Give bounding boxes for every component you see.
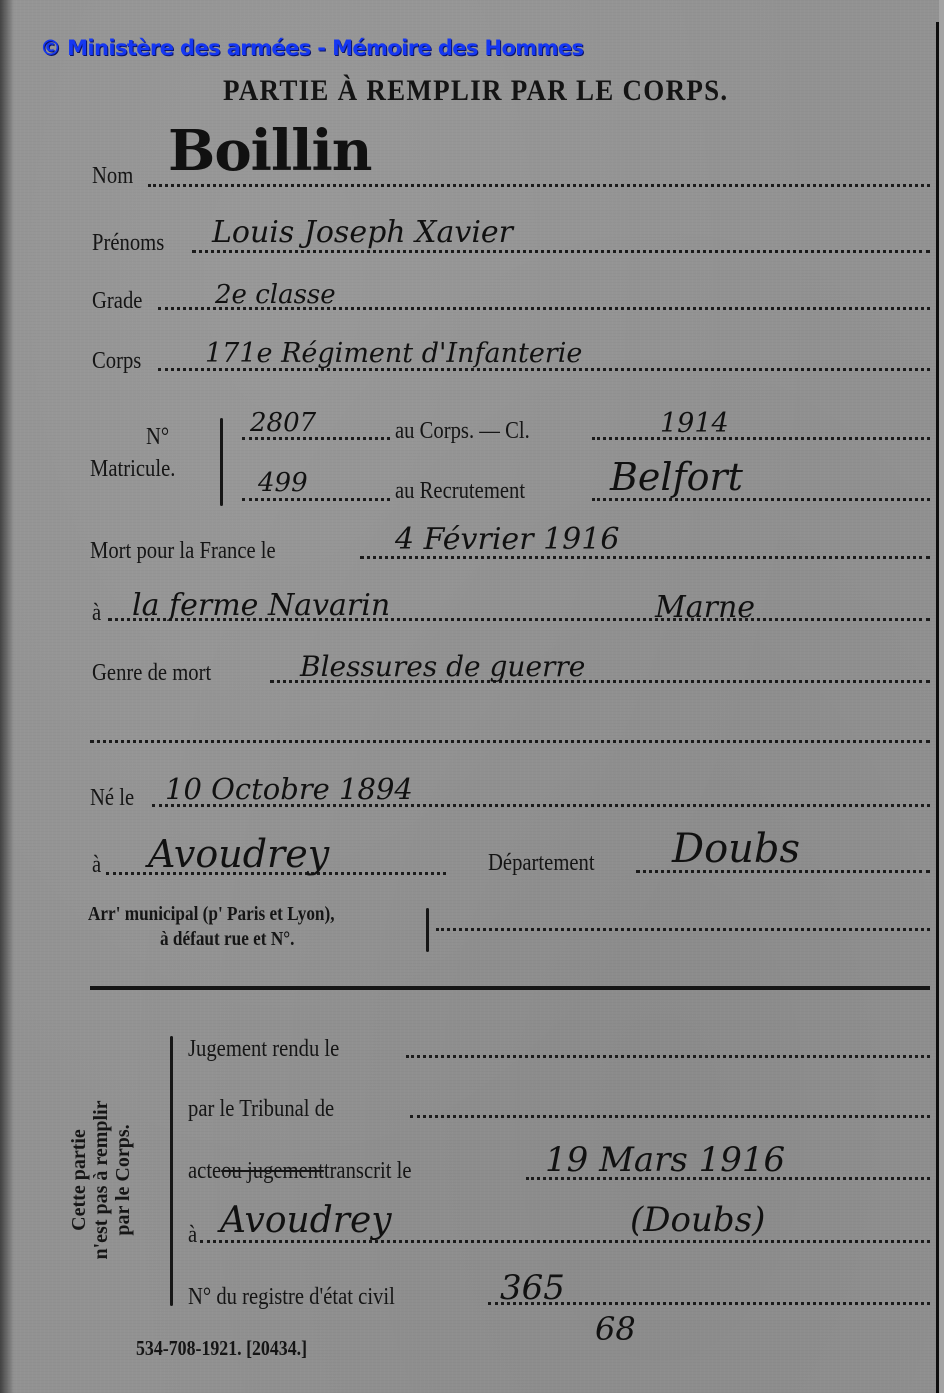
mort-le-label: Mort pour la France le <box>90 538 276 565</box>
form-heading: PARTIE À REMPLIR PAR LE CORPS. <box>223 74 728 108</box>
grade-value: 2e classe <box>215 280 336 310</box>
mort-a-dept: Marne <box>655 590 755 625</box>
au-recrutement-label: au Recrutement <box>395 478 525 505</box>
tribunal-line <box>410 1115 930 1118</box>
corps-number-value: 2807 <box>250 408 316 438</box>
matricule-no-label: N° <box>146 424 169 451</box>
recrutement-number-line <box>242 498 390 501</box>
recrutement-number-value: 499 <box>258 468 308 498</box>
au-corps-label: au Corps. — Cl. <box>395 418 530 445</box>
genre-mort-value: Blessures de guerre <box>300 650 585 683</box>
vertical-note: Cette partie n'est pas à remplir par le … <box>68 1060 134 1300</box>
page-edge <box>936 22 939 1393</box>
prenoms-line <box>192 250 930 253</box>
ne-le-value: 10 Octobre 1894 <box>165 772 413 806</box>
ne-a-label: à <box>92 852 101 879</box>
arrondissement-label-1: Arr' municipal (p' Paris et Lyon), <box>88 903 335 926</box>
acte-value: 19 Mars 1916 <box>545 1140 785 1180</box>
mort-a-value: la ferme Navarin <box>132 588 390 623</box>
matricule-label: Matricule. <box>90 456 175 483</box>
vertical-note-line-3: par le Corps. <box>112 1060 134 1300</box>
registre-value: 365 <box>500 1268 565 1308</box>
acte-label-prefix: acte <box>188 1158 221 1184</box>
arrondissement-line <box>436 928 930 931</box>
departement-label: Département <box>488 850 595 877</box>
departement-value: Doubs <box>672 826 800 872</box>
prenoms-label: Prénoms <box>92 230 164 257</box>
scan-shadow <box>0 0 14 1393</box>
genre-mort-line-2 <box>90 740 930 743</box>
corps-value: 171e Régiment d'Infanterie <box>205 338 582 369</box>
copyright-watermark: © Ministère des armées - Mémoire des Hom… <box>40 36 583 60</box>
recrutement-lieu-value: Belfort <box>610 455 743 499</box>
section-divider <box>90 986 930 990</box>
registre-extra: 68 <box>595 1310 636 1348</box>
nom-label: Nom <box>92 163 133 190</box>
form-reference: 534-708-1921. [20434.] <box>136 1336 307 1361</box>
classe-line <box>592 437 930 440</box>
registre-label: N° du registre d'état civil <box>188 1284 395 1311</box>
mort-le-value: 4 Février 1916 <box>395 522 619 557</box>
jugement-label: Jugement rendu le <box>188 1036 339 1063</box>
jugement-line <box>406 1055 930 1058</box>
vertical-note-line-1: Cette partie <box>68 1060 90 1300</box>
lieu-dept: (Doubs) <box>630 1200 765 1240</box>
nom-value: Boillin <box>168 118 372 184</box>
genre-mort-label: Genre de mort <box>92 660 211 687</box>
acte-label-struck: ou jugement <box>221 1158 324 1184</box>
acte-label-suffix: transcrit le <box>324 1158 412 1184</box>
grade-label: Grade <box>92 288 142 315</box>
corps-label: Corps <box>92 348 141 375</box>
vertical-note-line-2: n'est pas à remplir <box>90 1060 112 1300</box>
nom-line <box>148 184 930 187</box>
ne-a-value: Avoudrey <box>148 832 329 876</box>
scan-margin <box>939 0 944 1393</box>
prenoms-value: Louis Joseph Xavier <box>212 215 513 250</box>
mort-a-label: à <box>92 600 101 627</box>
arrondissement-brace <box>426 908 429 952</box>
classe-value: 1914 <box>660 408 729 439</box>
tribunal-label: par le Tribunal de <box>188 1096 334 1123</box>
matricule-brace <box>220 418 223 506</box>
lieu-label: à <box>188 1222 197 1249</box>
ne-le-label: Né le <box>90 785 134 812</box>
document-page: © Ministère des armées - Mémoire des Hom… <box>0 0 944 1393</box>
lieu-value: Avoudrey <box>220 1200 392 1241</box>
arrondissement-label-2: à défaut rue et N°. <box>160 928 294 951</box>
acte-label: acteou jugementtranscrit le <box>188 1158 412 1185</box>
lower-section-brace <box>170 1036 173 1306</box>
